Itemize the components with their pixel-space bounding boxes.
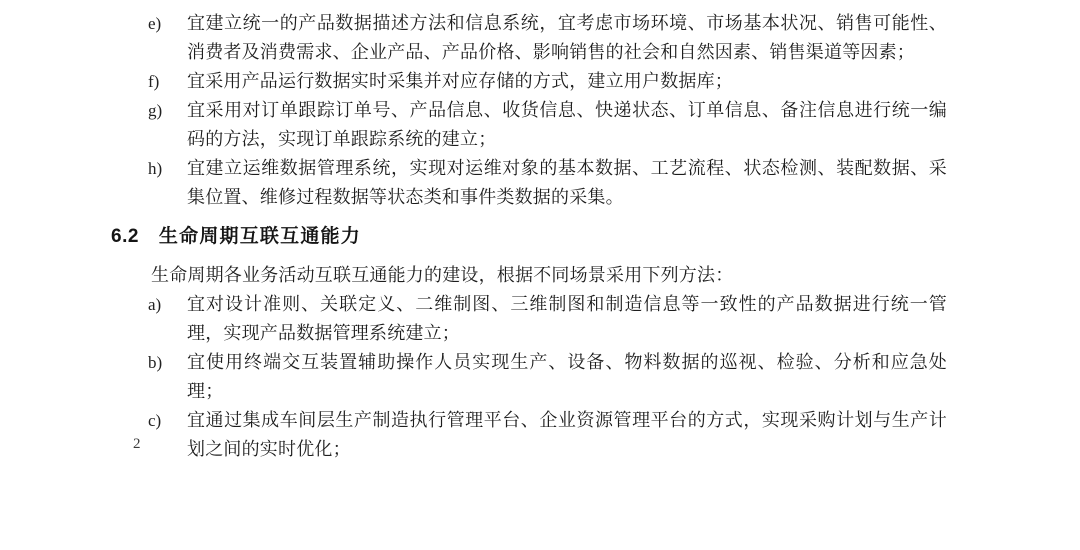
page-number: 2 <box>133 433 141 455</box>
list-item-letter: b) <box>148 348 187 377</box>
list-item-text: 宜建立运维数据管理系统，实现对运维对象的基本数据、工艺流程、状态检测、装配数据、… <box>187 154 947 212</box>
list-item: c) 宜通过集成车间层生产制造执行管理平台、企业资源管理平台的方式，实现采购计划… <box>148 406 947 464</box>
lead-paragraph: 生命周期各业务活动互联互通能力的建设，根据不同场景采用下列方法： <box>151 261 951 290</box>
clause-list-bottom: a) 宜对设计准则、关联定义、二维制图、三维制图和制造信息等一致性的产品数据进行… <box>148 290 947 464</box>
list-item: f) 宜采用产品运行数据实时采集并对应存储的方式，建立用户数据库； <box>148 67 947 96</box>
list-item: b) 宜使用终端交互装置辅助操作人员实现生产、设备、物料数据的巡视、检验、分析和… <box>148 348 947 406</box>
list-item-text: 宜对设计准则、关联定义、二维制图、三维制图和制造信息等一致性的产品数据进行统一管… <box>187 290 947 348</box>
section-number: 6.2 <box>111 226 139 248</box>
list-item-text: 宜通过集成车间层生产制造执行管理平台、企业资源管理平台的方式，实现采购计划与生产… <box>187 406 947 464</box>
list-item-letter: c) <box>148 406 187 435</box>
list-item-letter: h) <box>148 154 187 183</box>
list-item: e) 宜建立统一的产品数据描述方法和信息系统，宜考虑市场环境、市场基本状况、销售… <box>148 9 947 67</box>
list-item-letter: a) <box>148 290 187 319</box>
list-item-letter: g) <box>148 96 187 125</box>
list-item-text: 宜采用产品运行数据实时采集并对应存储的方式，建立用户数据库； <box>187 67 947 96</box>
list-item: h) 宜建立运维数据管理系统，实现对运维对象的基本数据、工艺流程、状态检测、装配… <box>148 154 947 212</box>
document-page: e) 宜建立统一的产品数据描述方法和信息系统，宜考虑市场环境、市场基本状况、销售… <box>0 0 1080 550</box>
list-item-text: 宜采用对订单跟踪订单号、产品信息、收货信息、快递状态、订单信息、备注信息进行统一… <box>187 96 947 154</box>
list-item: a) 宜对设计准则、关联定义、二维制图、三维制图和制造信息等一致性的产品数据进行… <box>148 290 947 348</box>
list-item-text: 宜使用终端交互装置辅助操作人员实现生产、设备、物料数据的巡视、检验、分析和应急处… <box>187 348 947 406</box>
section-heading: 6.2 生命周期互联互通能力 <box>111 221 361 248</box>
section-title: 生命周期互联互通能力 <box>159 221 361 248</box>
list-item: g) 宜采用对订单跟踪订单号、产品信息、收货信息、快递状态、订单信息、备注信息进… <box>148 96 947 154</box>
clause-list-top: e) 宜建立统一的产品数据描述方法和信息系统，宜考虑市场环境、市场基本状况、销售… <box>148 9 947 212</box>
list-item-letter: f) <box>148 67 187 96</box>
list-item-letter: e) <box>148 9 187 38</box>
list-item-text: 宜建立统一的产品数据描述方法和信息系统，宜考虑市场环境、市场基本状况、销售可能性… <box>187 9 947 67</box>
